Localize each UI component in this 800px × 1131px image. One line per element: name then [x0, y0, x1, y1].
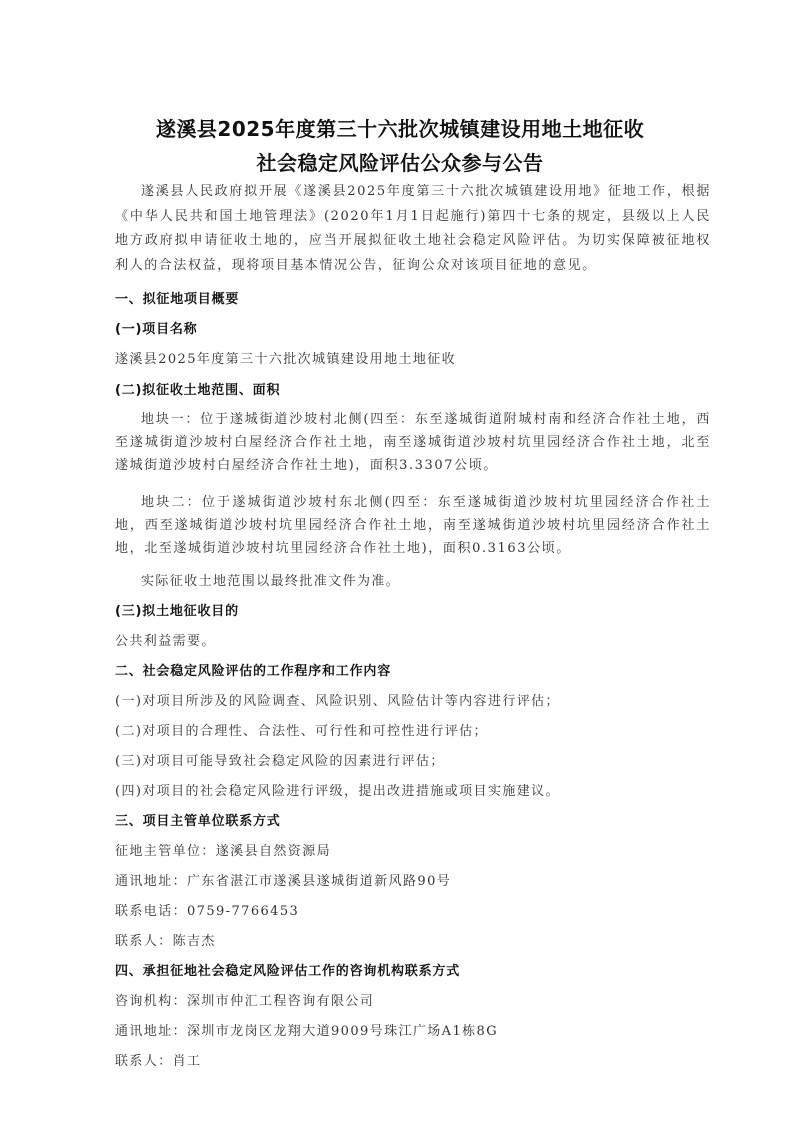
agency-contact: 联系人：肖工 [115, 1052, 715, 1072]
document-page: 遂溪县2025年度第三十六批次城镇建设用地土地征收 社会稳定风险评估公众参与公告… [0, 0, 800, 1131]
authority-unit: 征地主管单位：遂溪县自然资源局 [115, 842, 715, 862]
document-title-line2: 社会稳定风险评估公众参与公告 [0, 147, 800, 176]
intro-paragraph: 遂溪县人民政府拟开展《遂溪县2025年度第三十六批次城镇建设用地》征地工作，根据… [115, 180, 711, 278]
authority-address: 通讯地址：广东省湛江市遂溪县遂城街道新风路90号 [115, 872, 715, 892]
intro-block: 遂溪县人民政府拟开展《遂溪县2025年度第三十六批次城镇建设用地》征地工作，根据… [115, 180, 711, 278]
section1-heading: 一、拟征地项目概要 [115, 290, 715, 310]
procedure-item-2: (二)对项目的合理性、合法性、可行性和可控性进行评估； [115, 722, 715, 742]
procedure-item-4: (四)对项目的社会稳定风险进行评级，提出改进措施或项目实施建议。 [115, 782, 715, 802]
plot1-block: 地块一：位于遂城街道沙坡村北侧(四至：东至遂城街道附城村南和经济合作社土地，西至… [115, 408, 711, 477]
authority-contact: 联系人：陈吉杰 [115, 932, 715, 952]
project-name: 遂溪县2025年度第三十六批次城镇建设用地土地征收 [115, 350, 715, 370]
section1-sub1-heading: (一)项目名称 [115, 320, 715, 340]
plot2-block: 地块二：位于遂城街道沙坡村东北侧(四至：东至遂城街道沙坡村坑里园经济合作社土地，… [115, 491, 711, 560]
document-title-line1: 遂溪县2025年度第三十六批次城镇建设用地土地征收 [0, 113, 800, 142]
purpose-text: 公共利益需要。 [115, 632, 715, 652]
section1-sub2-heading: (二)拟征收土地范围、面积 [115, 381, 715, 401]
scope-note: 实际征收土地范围以最终批准文件为准。 [141, 572, 741, 592]
agency-name: 咨询机构：深圳市仲汇工程咨询有限公司 [115, 992, 715, 1012]
section2-heading: 二、社会稳定风险评估的工作程序和工作内容 [115, 662, 715, 682]
section1-sub3-heading: (三)拟土地征收目的 [115, 602, 715, 622]
agency-address: 通讯地址：深圳市龙岗区龙翔大道9009号珠江广场A1栋8G [115, 1022, 715, 1042]
plot1-paragraph: 地块一：位于遂城街道沙坡村北侧(四至：东至遂城街道附城村南和经济合作社土地，西至… [115, 408, 711, 477]
procedure-item-3: (三)对项目可能导致社会稳定风险的因素进行评估； [115, 752, 715, 772]
section3-heading: 三、项目主管单位联系方式 [115, 812, 715, 832]
plot2-paragraph: 地块二：位于遂城街道沙坡村东北侧(四至：东至遂城街道沙坡村坑里园经济合作社土地，… [115, 491, 711, 560]
procedure-item-1: (一)对项目所涉及的风险调查、风险识别、风险估计等内容进行评估； [115, 692, 715, 712]
authority-phone: 联系电话：0759-7766453 [115, 902, 715, 922]
section4-heading: 四、承担征地社会稳定风险评估工作的咨询机构联系方式 [115, 962, 715, 982]
